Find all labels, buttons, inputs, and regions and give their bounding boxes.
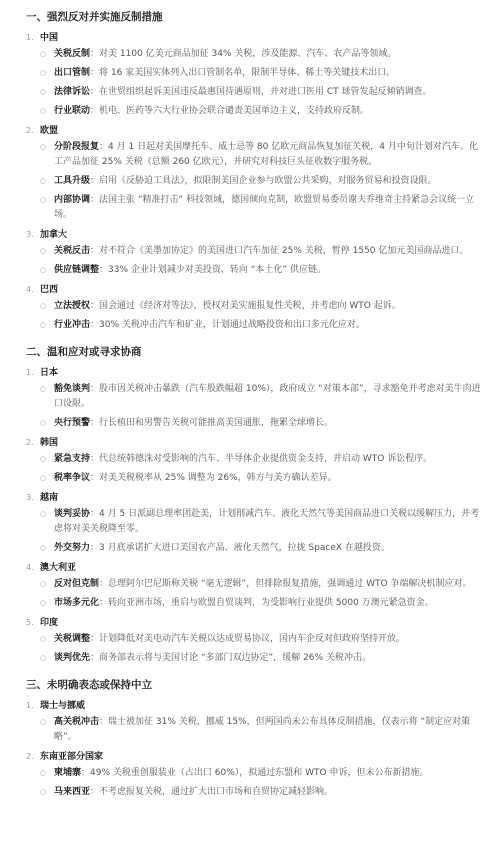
item-key: 立法授权 xyxy=(54,301,90,311)
item-text: 高关税冲击：瑞士被加征 31% 关税，挪威 15%，但两国尚未公布具体反制措施，… xyxy=(54,715,490,745)
list-number: 1. xyxy=(26,698,40,714)
country-block: 3.越南○谈判妥协：4 月 5 日派副总理率团赴美，计划削减汽车、液化天然气等美… xyxy=(26,490,490,556)
item-description: 30% 关税冲击汽车和矿业，计划通过战略投资和出口多元化应对。 xyxy=(99,320,365,330)
list-number: 2. xyxy=(26,435,40,451)
key-separator: ： xyxy=(99,265,108,275)
country-heading: 2.韩国 xyxy=(26,435,490,451)
item-description: 对不符合《美墨加协定》的美国进口汽车加征 25% 关税，暂停 1550 亿加元美… xyxy=(99,246,468,256)
list-item: ○出口管制：将 16 家美国实体列入出口管制名单，限制半导体、稀土等关键技术出口… xyxy=(40,66,490,81)
item-description: 不考虑报复关税，通过扩大出口市场和自贸协定减轻影响。 xyxy=(99,787,333,797)
item-text: 关税反制：对美 1100 亿美元商品加征 34% 关税，涉及能源、汽车、农产品等… xyxy=(54,47,490,62)
measure-list: ○紧急支持：代总统韩德洙对受影响的汽车、半导体企业提供资金支持，并启动 WTO … xyxy=(26,452,490,486)
list-item: ○谈判妥协：4 月 5 日派副总理率团赴美，计划削减汽车、液化天然气等美国商品进… xyxy=(40,507,490,537)
item-text: 供应链调整：33% 企业计划减少对美投资，转向 “本土化” 供应链。 xyxy=(54,263,490,278)
country-name: 瑞士与挪威 xyxy=(40,698,85,714)
country-name: 日本 xyxy=(40,365,58,381)
list-item: ○反对但克制：总理阿尔巴尼斯称关税 “毫无逻辑”，但排除报复措施，强调通过 WT… xyxy=(40,577,490,592)
hollow-circle-bullet-icon: ○ xyxy=(40,416,54,431)
item-key: 行业联动 xyxy=(54,106,90,116)
item-key: 紧急支持 xyxy=(54,454,90,464)
list-number: 3. xyxy=(26,490,40,506)
key-separator: ： xyxy=(90,87,99,97)
list-number: 2. xyxy=(26,749,40,765)
key-separator: ： xyxy=(90,634,99,644)
item-key: 高关税冲击 xyxy=(54,717,99,727)
section-heading: 一、强烈反对并实施反制措施 xyxy=(26,8,490,26)
list-item: ○行业冲击：30% 关税冲击汽车和矿业，计划通过战略投资和出口多元化应对。 xyxy=(40,318,490,333)
measure-list: ○关税反制：对美 1100 亿美元商品加征 34% 关税，涉及能源、汽车、农产品… xyxy=(26,47,490,119)
item-key: 内部协调 xyxy=(54,195,90,205)
hollow-circle-bullet-icon: ○ xyxy=(40,651,54,666)
item-text: 分阶段报复：4 月 1 日起对美国摩托车、威士忌等 80 亿欧元商品恢复加征关税… xyxy=(54,140,490,170)
measure-list: ○分阶段报复：4 月 1 日起对美国摩托车、威士忌等 80 亿欧元商品恢复加征关… xyxy=(26,140,490,223)
hollow-circle-bullet-icon: ○ xyxy=(40,541,54,556)
list-item: ○谈判优先：商务部表示将与美国讨论 “多部门双边协定”，缓解 26% 关税冲击。 xyxy=(40,651,490,666)
item-description: 计划降低对美电动汽车关税以达成贸易协议，国内车企反对但政府坚持开放。 xyxy=(99,634,405,644)
measure-list: ○柬埔寨：49% 关税重创服装业（占出口 60%），拟通过东盟和 WTO 申诉，… xyxy=(26,766,490,800)
item-key: 央行预警 xyxy=(54,418,90,428)
item-text: 谈判优先：商务部表示将与美国讨论 “多部门双边协定”，缓解 26% 关税冲击。 xyxy=(54,651,490,666)
list-item: ○高关税冲击：瑞士被加征 31% 关税，挪威 15%，但两国尚未公布具体反制措施… xyxy=(40,715,490,745)
item-text: 关税调整：计划降低对美电动汽车关税以达成贸易协议，国内车企反对但政府坚持开放。 xyxy=(54,632,490,647)
country-block: 2.东南亚部分国家○柬埔寨：49% 关税重创服装业（占出口 60%），拟通过东盟… xyxy=(26,749,490,800)
hollow-circle-bullet-icon: ○ xyxy=(40,507,54,522)
item-key: 供应链调整 xyxy=(54,265,99,275)
item-key: 外交努力 xyxy=(54,543,90,553)
key-separator: ： xyxy=(90,176,99,186)
country-name: 东南亚部分国家 xyxy=(40,749,103,765)
item-text: 马来西亚：不考虑报复关税，通过扩大出口市场和自贸协定减轻影响。 xyxy=(54,785,490,800)
item-key: 反对但克制 xyxy=(54,579,99,589)
item-description: 3 月底承诺扩大进口美国农产品、液化天然气，拉拢 SpaceX 在越投资。 xyxy=(99,543,390,553)
list-item: ○关税反制：对美 1100 亿美元商品加征 34% 关税，涉及能源、汽车、农产品… xyxy=(40,47,490,62)
item-description: 4 月 5 日派副总理率团赴美，计划削减汽车、液化天然气等美国商品进口关税以缓解… xyxy=(54,509,479,534)
list-item: ○税率争议：对美关税税率从 25% 调整为 26%，韩方与美方确认差异。 xyxy=(40,471,490,486)
list-number: 5. xyxy=(26,615,40,631)
item-text: 税率争议：对美关税税率从 25% 调整为 26%，韩方与美方确认差异。 xyxy=(54,471,490,486)
list-item: ○马来西亚：不考虑报复关税，通过扩大出口市场和自贸协定减轻影响。 xyxy=(40,785,490,800)
item-key: 谈判妥协 xyxy=(54,509,90,519)
list-number: 2. xyxy=(26,123,40,139)
item-key: 工具升级 xyxy=(54,176,90,186)
item-description: 总理阿尔巴尼斯称关税 “毫无逻辑”，但排除报复措施，强调通过 WTO 争端解决机… xyxy=(108,579,471,589)
hollow-circle-bullet-icon: ○ xyxy=(40,299,54,314)
hollow-circle-bullet-icon: ○ xyxy=(40,766,54,781)
list-item: ○供应链调整：33% 企业计划减少对美投资，转向 “本土化” 供应链。 xyxy=(40,263,490,278)
hollow-circle-bullet-icon: ○ xyxy=(40,85,54,100)
hollow-circle-bullet-icon: ○ xyxy=(40,47,54,62)
document: 一、强烈反对并实施反制措施1.中国○关税反制：对美 1100 亿美元商品加征 3… xyxy=(0,0,500,800)
item-text: 关税反击：对不符合《美墨加协定》的美国进口汽车加征 25% 关税，暂停 1550… xyxy=(54,244,490,259)
key-separator: ： xyxy=(99,142,108,152)
country-heading: 1.瑞士与挪威 xyxy=(26,698,490,714)
country-name: 印度 xyxy=(40,615,58,631)
item-text: 央行预警：行长植田和男警告关税可能推高美国通胀，拖累全球增长。 xyxy=(54,416,490,431)
item-key: 豁免谈判 xyxy=(54,384,90,394)
hollow-circle-bullet-icon: ○ xyxy=(40,140,54,155)
hollow-circle-bullet-icon: ○ xyxy=(40,471,54,486)
section-heading: 二、温和应对或寻求协商 xyxy=(26,343,490,361)
item-key: 关税反制 xyxy=(54,49,90,59)
hollow-circle-bullet-icon: ○ xyxy=(40,318,54,333)
item-text: 市场多元化：转向亚洲市场，重启与欧盟自贸谈判，为受影响行业提供 5000 万澳元… xyxy=(54,596,490,611)
hollow-circle-bullet-icon: ○ xyxy=(40,174,54,189)
item-key: 法律诉讼 xyxy=(54,87,90,97)
list-number: 4. xyxy=(26,560,40,576)
measure-list: ○关税反击：对不符合《美墨加协定》的美国进口汽车加征 25% 关税，暂停 155… xyxy=(26,244,490,278)
key-separator: ： xyxy=(90,454,99,464)
item-text: 行业联动：机电、医药等六大行业协会联合谴责美国单边主义，支持政府反制。 xyxy=(54,104,490,119)
item-description: 转向亚洲市场，重启与欧盟自贸谈判，为受影响行业提供 5000 万澳元紧急资金。 xyxy=(108,598,434,608)
country-heading: 4.澳大利亚 xyxy=(26,560,490,576)
key-separator: ： xyxy=(90,384,99,394)
country-block: 5.印度○关税调整：计划降低对美电动汽车关税以达成贸易协议，国内车企反对但政府坚… xyxy=(26,615,490,666)
item-text: 豁免谈判：股市因关税冲击暴跌（汽车股跌幅超 10%），政府成立 “对策本部”，寻… xyxy=(54,382,490,412)
country-heading: 3.越南 xyxy=(26,490,490,506)
list-item: ○外交努力：3 月底承诺扩大进口美国农产品、液化天然气，拉拢 SpaceX 在越… xyxy=(40,541,490,556)
item-description: 4 月 1 日起对美国摩托车、威士忌等 80 亿欧元商品恢复加征关税，4 月中旬… xyxy=(54,142,478,167)
country-name: 加拿大 xyxy=(40,227,67,243)
measure-list: ○反对但克制：总理阿尔巴尼斯称关税 “毫无逻辑”，但排除报复措施，强调通过 WT… xyxy=(26,577,490,611)
country-heading: 1.中国 xyxy=(26,30,490,46)
country-name: 澳大利亚 xyxy=(40,560,76,576)
item-description: 代总统韩德洙对受影响的汽车、半导体企业提供资金支持，并启动 WTO 诉讼程序。 xyxy=(99,454,432,464)
list-item: ○法律诉讼：在世贸组织起诉美国违反最惠国待遇原则，并对进口医用 CT 球管发起反… xyxy=(40,85,490,100)
item-key: 市场多元化 xyxy=(54,598,99,608)
country-block: 1.中国○关税反制：对美 1100 亿美元商品加征 34% 关税，涉及能源、汽车… xyxy=(26,30,490,119)
list-number: 3. xyxy=(26,227,40,243)
country-name: 中国 xyxy=(40,30,58,46)
section: 二、温和应对或寻求协商1.日本○豁免谈判：股市因关税冲击暴跌（汽车股跌幅超 10… xyxy=(26,343,490,666)
country-block: 2.韩国○紧急支持：代总统韩德洙对受影响的汽车、半导体企业提供资金支持，并启动 … xyxy=(26,435,490,486)
country-heading: 2.东南亚部分国家 xyxy=(26,749,490,765)
list-item: ○关税调整：计划降低对美电动汽车关税以达成贸易协议，国内车企反对但政府坚持开放。 xyxy=(40,632,490,647)
item-key: 行业冲击 xyxy=(54,320,90,330)
country-heading: 5.印度 xyxy=(26,615,490,631)
item-text: 行业冲击：30% 关税冲击汽车和矿业，计划通过战略投资和出口多元化应对。 xyxy=(54,318,490,333)
item-description: 对美关税税率从 25% 调整为 26%，韩方与美方确认差异。 xyxy=(99,473,337,483)
country-name: 巴西 xyxy=(40,282,58,298)
item-description: 将 16 家美国实体列入出口管制名单，限制半导体、稀土等关键技术出口。 xyxy=(99,68,395,78)
hollow-circle-bullet-icon: ○ xyxy=(40,104,54,119)
key-separator: ： xyxy=(90,68,99,78)
hollow-circle-bullet-icon: ○ xyxy=(40,382,54,397)
country-block: 3.加拿大○关税反击：对不符合《美墨加协定》的美国进口汽车加征 25% 关税，暂… xyxy=(26,227,490,278)
measure-list: ○谈判妥协：4 月 5 日派副总理率团赴美，计划削减汽车、液化天然气等美国商品进… xyxy=(26,507,490,556)
country-name: 韩国 xyxy=(40,435,58,451)
measure-list: ○立法授权：国会通过《经济对等法》，授权对美实施报复性关税，并考虑向 WTO 起… xyxy=(26,299,490,333)
key-separator: ： xyxy=(90,473,99,483)
item-text: 外交努力：3 月底承诺扩大进口美国农产品、液化天然气，拉拢 SpaceX 在越投… xyxy=(54,541,490,556)
hollow-circle-bullet-icon: ○ xyxy=(40,452,54,467)
country-block: 4.巴西○立法授权：国会通过《经济对等法》，授权对美实施报复性关税，并考虑向 W… xyxy=(26,282,490,333)
country-name: 越南 xyxy=(40,490,58,506)
item-key: 分阶段报复 xyxy=(54,142,99,152)
list-item: ○央行预警：行长植田和男警告关税可能推高美国通胀，拖累全球增长。 xyxy=(40,416,490,431)
key-separator: ： xyxy=(90,246,99,256)
item-text: 谈判妥协：4 月 5 日派副总理率团赴美，计划削减汽车、液化天然气等美国商品进口… xyxy=(54,507,490,537)
item-key: 马来西亚 xyxy=(54,787,90,797)
key-separator: ： xyxy=(90,787,99,797)
key-separator: ： xyxy=(99,598,108,608)
list-item: ○行业联动：机电、医药等六大行业协会联合谴责美国单边主义，支持政府反制。 xyxy=(40,104,490,119)
measure-list: ○豁免谈判：股市因关税冲击暴跌（汽车股跌幅超 10%），政府成立 “对策本部”，… xyxy=(26,382,490,431)
item-text: 内部协调：法国主张 “精准打击” 科技领域，德国倾向克制，欧盟贸易委员谢夫乔维奇… xyxy=(54,193,490,223)
hollow-circle-bullet-icon: ○ xyxy=(40,263,54,278)
key-separator: ： xyxy=(90,301,99,311)
item-key: 关税调整 xyxy=(54,634,90,644)
item-description: 49% 关税重创服装业（占出口 60%），拟通过东盟和 WTO 申诉，但未公布新… xyxy=(90,768,428,778)
item-description: 33% 企业计划减少对美投资，转向 “本土化” 供应链。 xyxy=(108,265,326,275)
item-description: 国会通过《经济对等法》，授权对美实施报复性关税，并考虑向 WTO 起诉。 xyxy=(99,301,401,311)
item-key: 柬埔寨 xyxy=(54,768,81,778)
key-separator: ： xyxy=(90,106,99,116)
country-heading: 4.巴西 xyxy=(26,282,490,298)
item-text: 紧急支持：代总统韩德洙对受影响的汽车、半导体企业提供资金支持，并启动 WTO 诉… xyxy=(54,452,490,467)
item-description: 机电、医药等六大行业协会联合谴责美国单边主义，支持政府反制。 xyxy=(99,106,369,116)
country-heading: 2.欧盟 xyxy=(26,123,490,139)
list-item: ○紧急支持：代总统韩德洙对受影响的汽车、半导体企业提供资金支持，并启动 WTO … xyxy=(40,452,490,467)
item-description: 股市因关税冲击暴跌（汽车股跌幅超 10%），政府成立 “对策本部”，寻求豁免并考… xyxy=(54,384,481,409)
key-separator: ： xyxy=(90,195,99,205)
list-item: ○工具升级：启用《反胁迫工具法》，拟限制美国企业参与欧盟公共采购，对服务贸易和投… xyxy=(40,174,490,189)
item-description: 瑞士被加征 31% 关税，挪威 15%，但两国尚未公布具体反制措施，仅表示将 “… xyxy=(54,717,470,742)
key-separator: ： xyxy=(99,717,108,727)
item-description: 启用《反胁迫工具法》，拟限制美国企业参与欧盟公共采购，对服务贸易和投资设限。 xyxy=(99,176,437,186)
item-description: 对美 1100 亿美元商品加征 34% 关税，涉及能源、汽车、农产品等领域。 xyxy=(99,49,396,59)
item-key: 谈判优先 xyxy=(54,653,90,663)
key-separator: ： xyxy=(90,418,99,428)
hollow-circle-bullet-icon: ○ xyxy=(40,193,54,208)
key-separator: ： xyxy=(81,768,90,778)
country-block: 4.澳大利亚○反对但克制：总理阿尔巴尼斯称关税 “毫无逻辑”，但排除报复措施，强… xyxy=(26,560,490,611)
item-key: 关税反击 xyxy=(54,246,90,256)
hollow-circle-bullet-icon: ○ xyxy=(40,785,54,800)
section: 一、强烈反对并实施反制措施1.中国○关税反制：对美 1100 亿美元商品加征 3… xyxy=(26,8,490,333)
item-description: 商务部表示将与美国讨论 “多部门双边协定”，缓解 26% 关税冲击。 xyxy=(99,653,371,663)
country-heading: 1.日本 xyxy=(26,365,490,381)
list-item: ○关税反击：对不符合《美墨加协定》的美国进口汽车加征 25% 关税，暂停 155… xyxy=(40,244,490,259)
list-item: ○立法授权：国会通过《经济对等法》，授权对美实施报复性关税，并考虑向 WTO 起… xyxy=(40,299,490,314)
list-item: ○柬埔寨：49% 关税重创服装业（占出口 60%），拟通过东盟和 WTO 申诉，… xyxy=(40,766,490,781)
item-text: 立法授权：国会通过《经济对等法》，授权对美实施报复性关税，并考虑向 WTO 起诉… xyxy=(54,299,490,314)
key-separator: ： xyxy=(99,579,108,589)
item-text: 法律诉讼：在世贸组织起诉美国违反最惠国待遇原则，并对进口医用 CT 球管发起反倾… xyxy=(54,85,490,100)
list-number: 4. xyxy=(26,282,40,298)
list-number: 1. xyxy=(26,365,40,381)
list-item: ○豁免谈判：股市因关税冲击暴跌（汽车股跌幅超 10%），政府成立 “对策本部”，… xyxy=(40,382,490,412)
section: 三、未明确表态或保持中立1.瑞士与挪威○高关税冲击：瑞士被加征 31% 关税，挪… xyxy=(26,676,490,800)
country-heading: 3.加拿大 xyxy=(26,227,490,243)
item-description: 法国主张 “精准打击” 科技领域，德国倾向克制，欧盟贸易委员谢夫乔维奇主持紧急会… xyxy=(54,195,474,220)
hollow-circle-bullet-icon: ○ xyxy=(40,577,54,592)
country-block: 1.日本○豁免谈判：股市因关税冲击暴跌（汽车股跌幅超 10%），政府成立 “对策… xyxy=(26,365,490,431)
key-separator: ： xyxy=(90,653,99,663)
hollow-circle-bullet-icon: ○ xyxy=(40,715,54,730)
country-block: 2.欧盟○分阶段报复：4 月 1 日起对美国摩托车、威士忌等 80 亿欧元商品恢… xyxy=(26,123,490,223)
hollow-circle-bullet-icon: ○ xyxy=(40,632,54,647)
key-separator: ： xyxy=(90,509,99,519)
key-separator: ： xyxy=(90,543,99,553)
item-description: 行长植田和男警告关税可能推高美国通胀，拖累全球增长。 xyxy=(99,418,333,428)
item-key: 出口管制 xyxy=(54,68,90,78)
hollow-circle-bullet-icon: ○ xyxy=(40,66,54,81)
hollow-circle-bullet-icon: ○ xyxy=(40,596,54,611)
country-block: 1.瑞士与挪威○高关税冲击：瑞士被加征 31% 关税，挪威 15%，但两国尚未公… xyxy=(26,698,490,745)
item-text: 柬埔寨：49% 关税重创服装业（占出口 60%），拟通过东盟和 WTO 申诉，但… xyxy=(54,766,490,781)
country-name: 欧盟 xyxy=(40,123,58,139)
item-text: 反对但克制：总理阿尔巴尼斯称关税 “毫无逻辑”，但排除报复措施，强调通过 WTO… xyxy=(54,577,490,592)
list-item: ○分阶段报复：4 月 1 日起对美国摩托车、威士忌等 80 亿欧元商品恢复加征关… xyxy=(40,140,490,170)
section-heading: 三、未明确表态或保持中立 xyxy=(26,676,490,694)
hollow-circle-bullet-icon: ○ xyxy=(40,244,54,259)
key-separator: ： xyxy=(90,49,99,59)
item-description: 在世贸组织起诉美国违反最惠国待遇原则，并对进口医用 CT 球管发起反倾销调查。 xyxy=(99,87,432,97)
item-key: 税率争议 xyxy=(54,473,90,483)
item-text: 出口管制：将 16 家美国实体列入出口管制名单，限制半导体、稀土等关键技术出口。 xyxy=(54,66,490,81)
key-separator: ： xyxy=(90,320,99,330)
measure-list: ○高关税冲击：瑞士被加征 31% 关税，挪威 15%，但两国尚未公布具体反制措施… xyxy=(26,715,490,745)
list-number: 1. xyxy=(26,30,40,46)
item-text: 工具升级：启用《反胁迫工具法》，拟限制美国企业参与欧盟公共采购，对服务贸易和投资… xyxy=(54,174,490,189)
measure-list: ○关税调整：计划降低对美电动汽车关税以达成贸易协议，国内车企反对但政府坚持开放。… xyxy=(26,632,490,666)
list-item: ○市场多元化：转向亚洲市场，重启与欧盟自贸谈判，为受影响行业提供 5000 万澳… xyxy=(40,596,490,611)
list-item: ○内部协调：法国主张 “精准打击” 科技领域，德国倾向克制，欧盟贸易委员谢夫乔维… xyxy=(40,193,490,223)
